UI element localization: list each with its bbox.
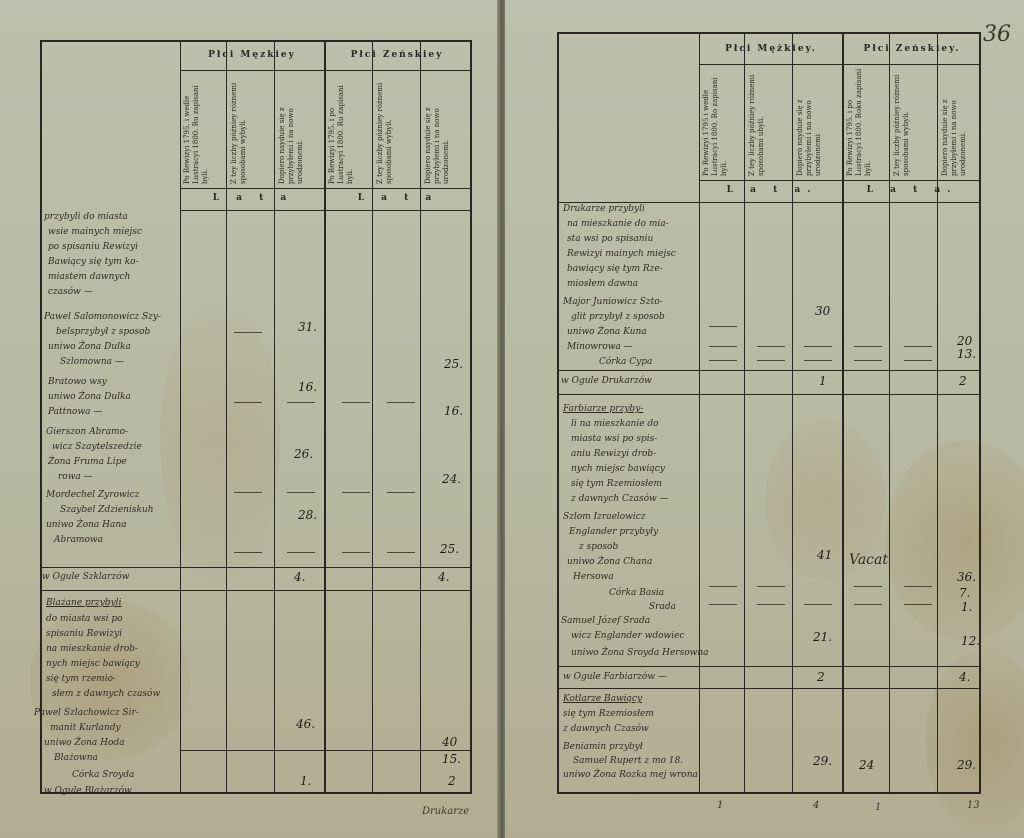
value-cell: 40 [442,735,457,749]
value-cell: 15. [442,752,461,766]
section-heading: Farbiarze przyby- [563,404,643,414]
male-group-header: Płci Mężkiey. [701,44,841,54]
male-group-header: Płci Męzkiey [182,50,322,60]
entry-line: Beniamin przybył [563,742,643,752]
value-cell: 41 [817,548,832,562]
value-cell: 26. [294,447,313,461]
entry-line: bawiący się tym Rze- [567,264,663,274]
entry-line: miasta wsi po spis- [571,434,657,444]
entry-line: uniwo Żona Rozka mej wrona [563,770,698,780]
female-group-header: Płci Zeńskiey. [845,44,979,54]
value-cell: 21. [813,630,832,644]
header-col-current-male: Dopiero nayduie się z przybyłemi i na no… [278,74,320,184]
entry-line: na mieszkanie do mia- [567,219,669,229]
entry-line: Major Juniowicz Szto- [563,297,663,307]
value-cell: 16. [298,380,317,394]
entry-line: na mieszkanie drob- [46,644,138,654]
entry-line: nych miejsc bawiący [46,659,140,669]
entry-line: rowa — [58,472,93,482]
entry-line: miosłem dawna [567,279,638,289]
entry-line: spisaniu Rewizyi [46,629,122,639]
entry-line: uniwo Żona Dulka [48,342,131,352]
value-cell: 29. [957,758,976,772]
value-cell: 24 [859,758,874,772]
entry-line: się tym Rzemiosłem [571,479,662,489]
entry-line: nych miejsc bawiący [571,464,665,474]
entry-line: do miasta wsi po [46,614,123,624]
header-col-departed-male: Z tey liczby późniey różnemi sposobami w… [230,74,270,184]
entry-line: Córka Sroyda [72,770,134,780]
entry-line: Blażane przybyli [46,598,121,608]
value-cell: 7. [959,586,970,600]
entry-line: Srada [649,602,676,612]
value-cell: 24. [442,472,461,486]
footer-mark: 4 [813,800,819,811]
entry-line: Córka Cypa [599,357,652,367]
left-ledger-table: Płci Męzkiey Płci Zeńskiey Po Rewizyi 17… [40,40,472,794]
header-col-registered-male: Po Rewizyi 1795 i wedle Lustracyi 1800. … [702,68,742,176]
entry-line: czasów — [48,287,93,297]
value-cell: 46. [296,717,315,731]
entry-line: belsprzybył z sposob [56,327,150,337]
entry-line: Bratowo wsy [48,377,107,387]
subtotal-label: w Ogule Blażarzów [44,786,132,796]
entry-line: z dawnych Czasów [563,724,649,734]
entry-line: uniwo Żona Kuna [567,327,647,337]
lata-female-label: L a t a. [845,185,979,195]
right-ledger-table: Płci Mężkiey. Płci Zeńskiey. Po Rewizyi … [557,32,981,794]
entry-line: z sposob [579,542,618,552]
entry-line: się tym Rzemiosłem [563,709,654,719]
value-cell: 28. [298,508,317,522]
catchword: Drukarze [422,806,469,817]
value-cell: 31. [298,320,317,334]
value-cell: 2 [959,374,967,388]
entry-line: Pattnowa — [48,407,102,417]
entry-line: glit przybył z sposob [571,312,665,322]
header-col-current-female: Dopiero nayduie się z przybyłemi i na no… [424,74,466,184]
entry-line: Englander przybyły [569,527,658,537]
entry-line: Szaybel Zdzieniskuh [60,505,154,515]
entry-line: się tym rzemio- [46,674,116,684]
page-number: 36 [983,22,1011,47]
entry-line: słem z dawnych czasów [52,689,160,699]
entry-line: wicz Szaytelszedzie [52,442,142,452]
entry-line: uniwo Żona Dulka [48,392,131,402]
value-cell: 16. [444,404,463,418]
entry-line: aniu Rewizyi drob- [571,449,656,459]
entry-line: Samuel Rupert z mo 18. [573,756,683,766]
left-page: Płci Męzkiey Płci Zeńskiey Po Rewizyi 17… [0,0,500,838]
entry-line: po spisaniu Rewizyi [48,242,138,252]
value-cell: 4. [959,670,970,684]
entry-line: uniwo Żona Sroyda Hersowna [571,648,709,658]
header-col-departed-female: Z tey liczby późniey różnemi sposobami w… [376,74,416,184]
value-cell: 1 [819,374,827,388]
entry-line: Szlom Izraelowicz [563,512,646,522]
entry-line: Gierszon Abramo- [46,427,128,437]
value-cell: 36. [957,570,976,584]
section-heading: Drukarze przybyli [563,204,645,214]
value-cell: 30 [815,304,830,318]
value-cell: 20 [957,334,972,348]
entry-line: Abramowa [54,535,103,545]
entry-line: wsie mainych miejsc [48,227,142,237]
footer-mark: 13 [967,800,980,811]
header-col-registered-female: Po Rewizyi 1795. i po Lustracyi 1800. Ro… [846,68,886,176]
footer-mark: 1 [875,802,881,813]
value-cell: 29. [813,754,832,768]
value-cell: 2 [448,774,456,788]
value-cell: 1. [300,774,311,788]
header-col-registered-male: Po Rewizyi 1795. i wedle Lustracyi 1800.… [183,74,223,184]
entry-line: uniwo Żona Hoda [44,738,125,748]
lata-female-label: L a t a [327,193,469,203]
value-cell: 2 [817,670,825,684]
entry-line: li na mieszkanie do [571,419,659,429]
female-group-header: Płci Zeńskiey [327,50,467,60]
subtotal-label: w Ogule Szklarzów [42,572,129,582]
entry-line: Pawel Salomonowicz Szy- [44,312,161,322]
subtotal-label: w Ogule Farbiarzów — [563,672,667,682]
entry-line: Hersowa [573,572,614,582]
footer-mark: 1 [717,800,723,811]
entry-line: Żona Fruma Lipe [48,457,127,467]
header-col-departed-male: Z tey liczby późniey różnemi sposobami u… [748,68,788,176]
value-cell: 12. [961,634,980,648]
value-cell: 25. [440,542,459,556]
entry-line: Minowrowa — [567,342,633,352]
entry-line: z dawnych Czasów — [571,494,669,504]
value-cell: 4. [438,570,449,584]
entry-line: Mordechel Zyrowicz [46,490,139,500]
entry-line: Pawel Szlachowicz Sir- [34,708,139,718]
entry-line: Blażowna [54,753,98,763]
entry-line: uniwo Żona Hana [46,520,127,530]
section-heading: Kotlarze Bawiący [563,694,642,704]
entry-line: miastem dawnych [48,272,130,282]
header-col-current-male: Dopiero nayduie się z przybyłemi i na no… [796,68,838,176]
value-cell: 1. [961,600,972,614]
entry-line: wicz Englander wdowiec [571,631,684,641]
entry-line: przybyli do miasta [44,212,128,222]
entry-line: Szlomowna — [60,357,124,367]
header-col-current-female: Dopiero nayduie się z przybyłemi i na no… [941,68,977,176]
value-cell: 13. [957,347,976,361]
entry-line: Rewizyi mainych miejsc [567,249,676,259]
entry-line: Samuel Józef Srada [561,616,650,626]
right-page: 36 Płci Mężkiey. Płci Zeńskiey. Po Rewiz… [505,0,1024,838]
entry-line: manit Kurlandy [50,723,121,733]
lata-male-label: L a t a [182,193,324,203]
entry-line: Córka Basia [609,588,664,598]
lata-male-label: L a t a. [701,185,843,195]
subtotal-label: w Ogule Drukarzów [561,376,652,386]
vacat-annotation: Vacat [849,552,888,568]
entry-line: uniwo Żona Chana [567,557,652,567]
header-col-registered-female: Po Rewizyi 1795. i po Lustracyi 1800. Ru… [328,74,368,184]
header-col-departed-female: Z tey liczby późniey różnemi sposobami w… [893,68,933,176]
value-cell: 4. [294,570,305,584]
entry-line: Bawiący się tym ko- [48,257,139,267]
value-cell: 25. [444,357,463,371]
entry-line: sta wsi po spisaniu [567,234,653,244]
